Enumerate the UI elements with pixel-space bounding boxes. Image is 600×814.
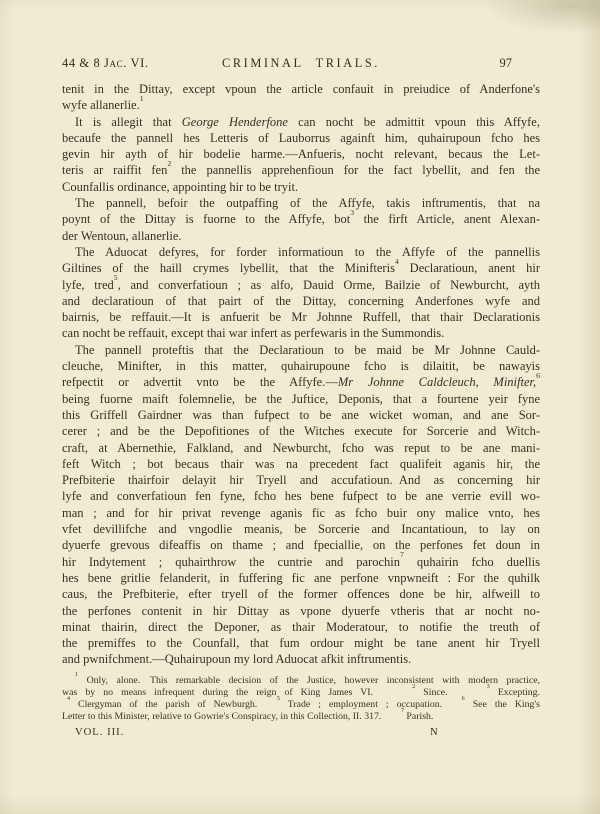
text-run: poynt of the Dittay is fuorne to the Aff…	[62, 212, 350, 226]
text-run: Since.	[415, 687, 486, 698]
text-line: hes bene gritlie felanderit, in fufferin…	[62, 570, 540, 586]
text-run: tenit in the Dittay, except vpoun the ar…	[62, 82, 540, 96]
text-run: refpectit or advertit vnto be the Affyfe…	[62, 375, 338, 389]
text-run: craft, at Abernethie, Falkland, and Newb…	[62, 441, 540, 455]
paragraph: It is allegit that George Henderfone can…	[62, 114, 540, 195]
text-line: vfet devillifche and vngodlie meanis, be…	[62, 521, 540, 537]
text-run: can nocht be reffauit, except thai war i…	[62, 326, 444, 340]
text-line: Giltines of the haill crymes lybellit, t…	[62, 260, 540, 276]
text-run: Declaratioun, anent hir	[399, 261, 540, 275]
text-line: can nocht be reffauit, except thai war i…	[62, 325, 540, 341]
footnote-marker: 2	[167, 159, 171, 168]
text-run: cerer ; and be the Depofitiones of the W…	[62, 424, 540, 438]
text-line: the premiffes to the Counfall, that fum …	[62, 635, 540, 651]
text-run: The pannell, befoir the outpaffing of th…	[75, 196, 540, 210]
text-run: bairnis, be reffauit.—It is anfuerit be …	[62, 310, 540, 324]
text-run: , and converfatioun ; as alfo, Dauid Orm…	[118, 278, 540, 292]
text-line: poynt of the Dittay is fuorne to the Aff…	[62, 211, 540, 227]
text-line: Counfallis ordinance, appointing hir to …	[62, 179, 540, 195]
text-line: minat thairin, direct the Deponer, as th…	[62, 619, 540, 635]
footnote-marker: 2	[412, 684, 415, 690]
footnote-marker: 3	[350, 208, 354, 217]
page-footer: VOL. III. N	[62, 726, 540, 739]
text-run: man ; and for hir privat revenge aganis …	[62, 506, 540, 520]
footnote-marker: 7	[400, 550, 404, 559]
text-run: this Griffell Gairdner was than fufpect …	[62, 408, 540, 422]
text-line: craft, at Abernethie, Falkland, and Newb…	[62, 440, 540, 456]
text-line: gevin hir ayth of hir bodelie harme.—Anf…	[62, 146, 540, 162]
footnote-line: 1 Only, alone. This remarkable decision …	[62, 675, 540, 687]
text-run: vfet devillifche and vngodlie meanis, be…	[62, 522, 540, 536]
text-run: gevin hir ayth of hir bodelie harme.—Anf…	[62, 147, 540, 161]
text-line: The pannell proteftis that the Declarati…	[62, 342, 540, 358]
text-line: hir Indytement ; quhairthrow the cuntrie…	[62, 554, 540, 570]
text-line: being fuorne maift folemnelie, be the Ju…	[62, 391, 540, 407]
header-page-number: 97	[390, 56, 540, 71]
text-line: bairnis, be reffauit.—It is anfuerit be …	[62, 309, 540, 325]
footnote-marker: 4	[395, 257, 399, 266]
text-line: lyfe and converfatioun fen fyne, fcho he…	[62, 488, 540, 504]
running-header: 44 & 8 Jac. VI. CRIMINAL TRIALS. 97	[62, 56, 540, 71]
text-run: Excepting.	[490, 687, 540, 698]
text-run: See the King's	[465, 699, 540, 710]
text-run: der Wentoun, allanerlie.	[62, 229, 182, 243]
footnote-line: Letter to this Minister, relative to Gow…	[62, 711, 540, 723]
text-line: cleuche, Minifter, in this matter, quhai…	[62, 358, 540, 374]
signature-mark: N	[430, 726, 438, 739]
paragraph: tenit in the Dittay, except vpoun the ar…	[62, 81, 540, 114]
text-run: becaufe the pannell hes Letteris of Laub…	[62, 131, 540, 145]
header-title: CRIMINAL TRIALS.	[212, 56, 390, 71]
text-line: lyfe, tred5, and converfatioun ; as alfo…	[62, 277, 540, 293]
text-run: was by no means infrequent during the re…	[62, 687, 412, 698]
text-line: and pwnifchment.—Quhairupoun my lord Adu…	[62, 651, 540, 667]
paragraph: The pannell, befoir the outpaffing of th…	[62, 195, 540, 244]
footnote-marker: 1	[140, 94, 144, 103]
text-run: lyfe, tred	[62, 278, 114, 292]
text-run: hir Indytement ; quhairthrow the cuntrie…	[62, 555, 400, 569]
footnote-line: 4 Clergyman of the parish of Newburgh. 5…	[62, 699, 540, 711]
footnote-marker: 7	[401, 708, 404, 714]
text-run: the pannellis apprehenfioun for the fact…	[171, 163, 540, 177]
text-run: dyuerfe grevous difeaffis on thame ; and…	[62, 538, 540, 552]
footnote-marker: 4	[67, 696, 70, 702]
text-run: Giltines of the haill crymes lybellit, t…	[62, 261, 395, 275]
text-line: refpectit or advertit vnto be the Affyfe…	[62, 374, 540, 390]
text-run: Parish.	[404, 711, 433, 722]
text-line: der Wentoun, allanerlie.	[62, 228, 540, 244]
footnote-marker: 6	[536, 371, 540, 380]
italic-text-run: Mr Johnne Caldcleuch, Minifter,	[338, 375, 536, 389]
text-line: and declaratioun of that pairt of the Di…	[62, 293, 540, 309]
text-run: It is allegit that	[75, 115, 182, 129]
text-run: The pannell proteftis that the Declarati…	[75, 343, 540, 357]
text-line: man ; and for hir privat revenge aganis …	[62, 505, 540, 521]
text-run: Letter to this Minister, relative to Gow…	[62, 711, 401, 722]
text-line: dyuerfe grevous difeaffis on thame ; and…	[62, 537, 540, 553]
text-run: Clergyman of the parish of Newburgh.	[70, 699, 277, 710]
text-run: being fuorne maift folemnelie, be the Ju…	[62, 392, 540, 406]
text-run: lyfe and converfatioun fen fyne, fcho he…	[62, 489, 540, 503]
text-line: cerer ; and be the Depofitiones of the W…	[62, 423, 540, 439]
footnote-marker: 6	[462, 696, 465, 702]
footnote-marker: 3	[487, 684, 490, 690]
text-line: Prefbiterie thairfoir delayit hir Tryell…	[62, 472, 540, 488]
text-run: wyfe allanerlie.	[62, 98, 140, 112]
book-page: 44 & 8 Jac. VI. CRIMINAL TRIALS. 97 teni…	[0, 0, 600, 814]
text-line: teris ar raiffit fen2 the pannellis appr…	[62, 162, 540, 178]
text-line: The pannell, befoir the outpaffing of th…	[62, 195, 540, 211]
footnote-marker: 1	[75, 672, 78, 678]
text-run: cleuche, Minifter, in this matter, quhai…	[62, 359, 540, 373]
text-line: caus, the Prefbiterie, efter tryell of t…	[62, 586, 540, 602]
text-line: this Griffell Gairdner was than fufpect …	[62, 407, 540, 423]
text-run: The Aduocat defyres, for forder informat…	[75, 245, 540, 259]
text-run: the premiffes to the Counfall, that fum …	[62, 636, 540, 650]
text-line: feft Witch ; bot becaus thair was na pre…	[62, 456, 540, 472]
text-run: Trade ; employment ; occupation.	[280, 699, 462, 710]
text-run: can nocht be admittit vpoun this Affyfe,	[288, 115, 540, 129]
text-run: caus, the Prefbiterie, efter tryell of t…	[62, 587, 540, 601]
text-run: hes bene gritlie felanderit, in fufferin…	[62, 571, 540, 585]
body-text: tenit in the Dittay, except vpoun the ar…	[62, 81, 540, 668]
header-edition: 44 & 8 Jac. VI.	[62, 56, 212, 71]
text-run: the perfones contenit in hir Dittay as v…	[62, 604, 540, 618]
text-run: Counfallis ordinance, appointing hir to …	[62, 180, 298, 194]
volume-label: VOL. III.	[75, 727, 124, 738]
footnote-marker: 5	[277, 696, 280, 702]
text-run: minat thairin, direct the Deponer, as th…	[62, 620, 540, 634]
text-run: feft Witch ; bot becaus thair was na pre…	[62, 457, 540, 471]
text-line: becaufe the pannell hes Letteris of Laub…	[62, 130, 540, 146]
footnote-marker: 5	[114, 273, 118, 282]
text-line: The Aduocat defyres, for forder informat…	[62, 244, 540, 260]
italic-text-run: George Henderfone	[182, 115, 288, 129]
text-run: quhairin fcho duellis	[404, 555, 540, 569]
footnote-line: was by no means infrequent during the re…	[62, 687, 540, 699]
text-run: Only, alone. This remarkable decision of…	[78, 675, 540, 686]
text-run: teris ar raiffit fen	[62, 163, 167, 177]
text-line: the perfones contenit in hir Dittay as v…	[62, 603, 540, 619]
page-content: 44 & 8 Jac. VI. CRIMINAL TRIALS. 97 teni…	[62, 56, 540, 739]
text-line: It is allegit that George Henderfone can…	[62, 114, 540, 130]
text-line: tenit in the Dittay, except vpoun the ar…	[62, 81, 540, 97]
footnotes: 1 Only, alone. This remarkable decision …	[62, 675, 540, 723]
text-run: Prefbiterie thairfoir delayit hir Tryell…	[62, 473, 540, 487]
text-run: and declaratioun of that pairt of the Di…	[62, 294, 540, 308]
paragraph: The Aduocat defyres, for forder informat…	[62, 244, 540, 342]
text-line: wyfe allanerlie.1	[62, 97, 540, 113]
text-run: and pwnifchment.—Quhairupoun my lord Adu…	[62, 652, 411, 666]
text-run: the firft Article, anent Alexan-	[354, 212, 540, 226]
paragraph: The pannell proteftis that the Declarati…	[62, 342, 540, 668]
